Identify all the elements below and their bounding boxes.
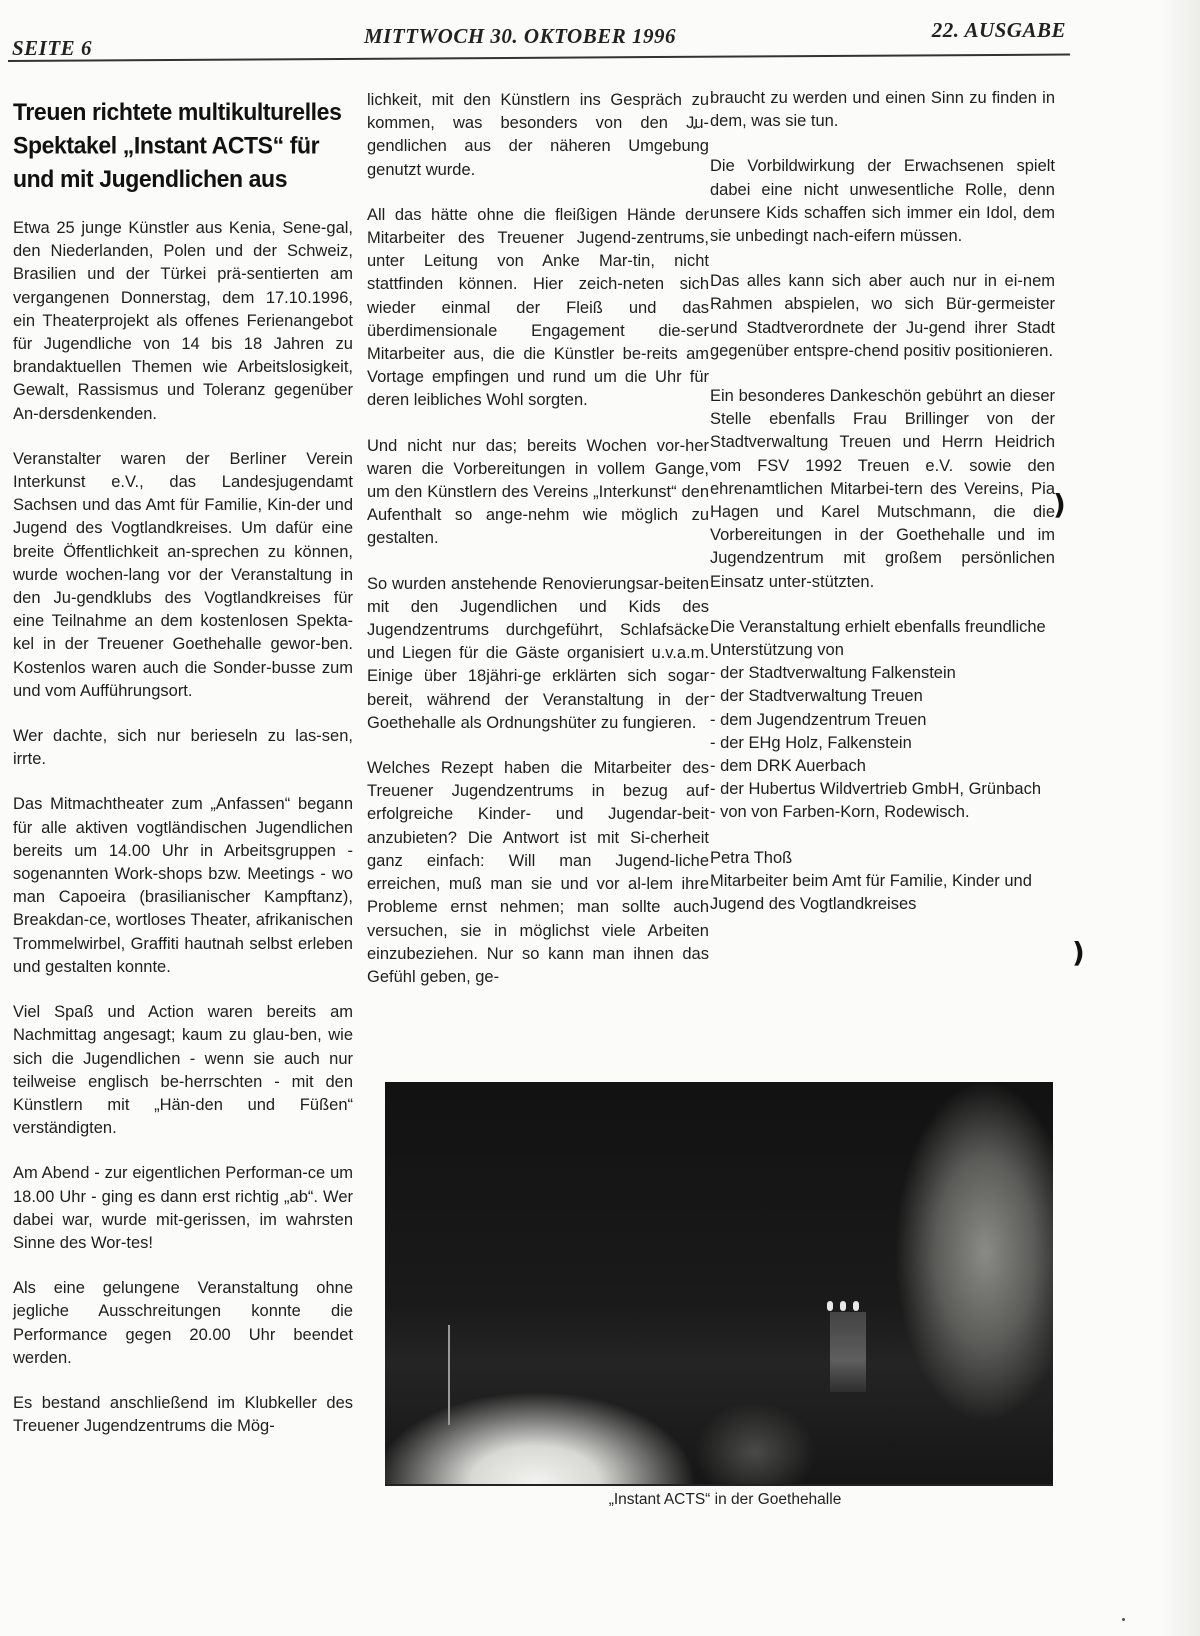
paragraph: lichkeit, mit den Künstlern ins Gespräch… bbox=[367, 89, 709, 182]
paragraph: Am Abend - zur eigentlichen Performan-ce… bbox=[13, 1162, 353, 1255]
paragraph: Welches Rezept haben die Mitarbeiter des… bbox=[367, 757, 709, 989]
article-column-1: Treuen richtete multikulturelles Spektak… bbox=[13, 97, 353, 1460]
photo-light-stand bbox=[448, 1325, 450, 1425]
list-item: - dem Jugendzentrum Treuen bbox=[710, 709, 1055, 732]
paragraph: Und nicht nur das; bereits Wochen vor-he… bbox=[367, 435, 709, 551]
paragraph: Wer dachte, sich nur berieseln zu las-se… bbox=[13, 725, 353, 771]
paragraph: Die Vorbildwirkung der Erwachsenen spiel… bbox=[710, 155, 1055, 248]
article-photo bbox=[385, 1082, 1053, 1486]
speck bbox=[1122, 1618, 1125, 1621]
photo-stage-pillar bbox=[830, 1312, 866, 1392]
list-item: - der EHg Holz, Falkenstein bbox=[710, 732, 1055, 755]
paragraph: Das alles kann sich aber auch nur in ei-… bbox=[710, 270, 1055, 363]
author-name: Petra Thoß bbox=[710, 847, 1055, 870]
photo-stage-lights bbox=[827, 1298, 869, 1308]
page-number: SEITE 6 bbox=[12, 36, 92, 61]
page-header: SEITE 6 MITTWOCH 30. OKTOBER 1996 22. AU… bbox=[8, 18, 1070, 60]
author-role: Mitarbeiter beim Amt für Familie, Kinder… bbox=[710, 870, 1055, 916]
list-item: - der Hubertus Wildvertrieb GmbH, Grünba… bbox=[710, 778, 1055, 801]
author-signature: Petra Thoß Mitarbeiter beim Amt für Fami… bbox=[710, 847, 1055, 917]
paragraph: Veranstalter waren der Berliner Verein I… bbox=[13, 448, 353, 703]
article-column-3: braucht zu werden und einen Sinn zu find… bbox=[710, 87, 1055, 916]
photo-caption: „Instant ACTS“ in der Goethehalle bbox=[595, 1491, 855, 1509]
header-rule bbox=[8, 54, 1070, 62]
scan-mark-icon: ) bbox=[1053, 488, 1066, 521]
paragraph: Etwa 25 junge Künstler aus Kenia, Sene-g… bbox=[13, 217, 353, 426]
list-item: - dem DRK Auerbach bbox=[710, 755, 1055, 778]
paragraph: Die Veranstaltung erhielt ebenfalls freu… bbox=[710, 616, 1055, 662]
list-item: - der Stadtverwaltung Falkenstein bbox=[710, 662, 1055, 685]
paragraph: Ein besonderes Dankeschön gebührt an die… bbox=[710, 385, 1055, 594]
article-column-2: lichkeit, mit den Künstlern ins Gespräch… bbox=[367, 89, 709, 1011]
speck bbox=[693, 126, 696, 129]
paragraph: So wurden anstehende Renovierungsar-beit… bbox=[367, 573, 709, 735]
scan-mark-icon: ) bbox=[1072, 936, 1085, 969]
paragraph: Als eine gelungene Veranstaltung ohne je… bbox=[13, 1277, 353, 1370]
list-item: - der Stadtverwaltung Treuen bbox=[710, 685, 1055, 708]
paragraph: braucht zu werden und einen Sinn zu find… bbox=[710, 87, 1055, 133]
paragraph: Es bestand anschließend im Klubkeller de… bbox=[13, 1392, 353, 1438]
scan-edge-shadow bbox=[1160, 0, 1200, 1636]
issue-number: 22. AUSGABE bbox=[932, 18, 1066, 43]
list-item: - von von Farben-Korn, Rodewisch. bbox=[710, 801, 1055, 824]
paragraph: Das Mitmachtheater zum „Anfassen“ begann… bbox=[13, 793, 353, 979]
paragraph: Viel Spaß und Action waren bereits am Na… bbox=[13, 1001, 353, 1140]
issue-date: MITTWOCH 30. OKTOBER 1996 bbox=[364, 24, 676, 49]
article-headline: Treuen richtete multikulturelles Spektak… bbox=[13, 95, 353, 196]
supporters-list: - der Stadtverwaltung Falkenstein - der … bbox=[710, 662, 1055, 824]
paragraph: All das hätte ohne die fleißigen Hände d… bbox=[367, 204, 709, 413]
